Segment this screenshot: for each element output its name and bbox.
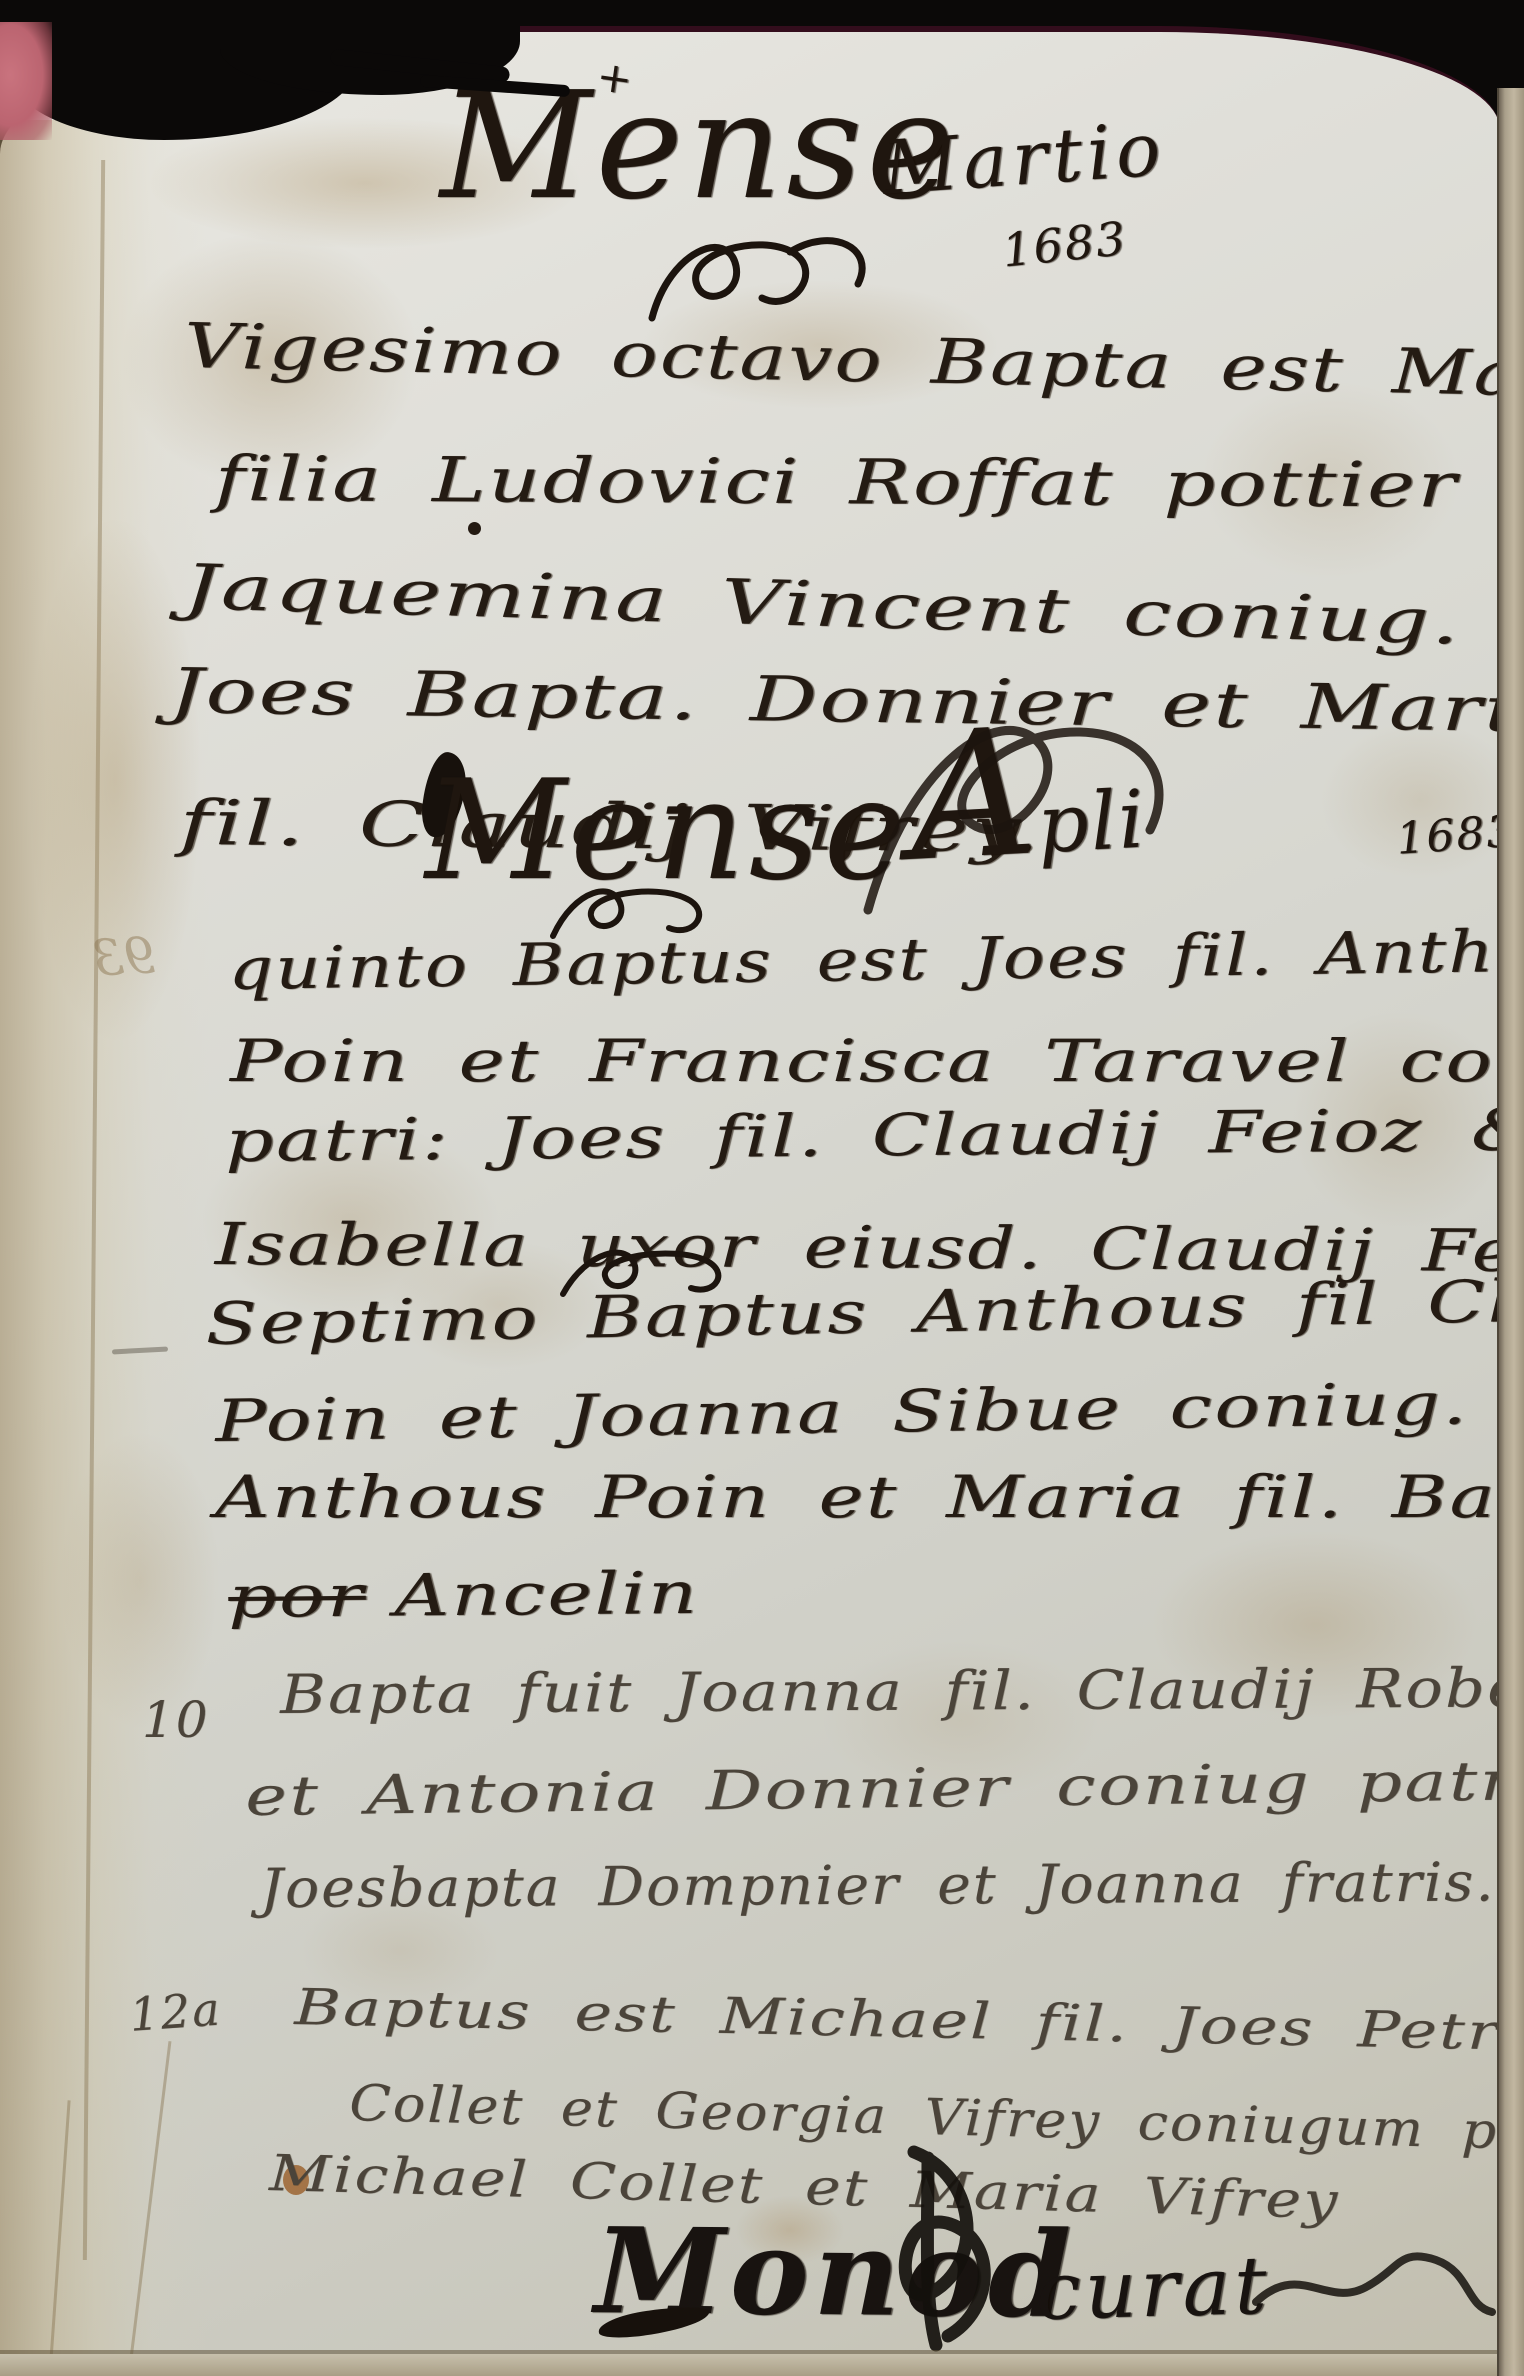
entry-10-line-3: Joesbapta Dompnier et Joanna fratris.	[260, 1856, 1496, 1916]
entry-10-line-2: et Antonia Donnier coniug patri	[245, 1754, 1524, 1824]
ink-flourish	[640, 222, 890, 332]
entry-10-line-1: Bapta fuit Joanna fil. Claudij Robert	[280, 1661, 1524, 1722]
underlying-pages	[0, 2354, 1524, 2376]
entry-april5-line-3: patri: Joes fil. Claudij Feioz &	[225, 1101, 1524, 1170]
entry-april7-line-4: porAncelin	[228, 1564, 699, 1626]
ink-speck	[468, 522, 481, 535]
ink-flourish	[850, 690, 1180, 940]
entry-march28-line-2: filia Ludovici Roffat pottier et	[215, 448, 1524, 517]
paper-stain	[60, 1430, 220, 1730]
book-fore-edge	[1497, 88, 1524, 2376]
entry-april7-line-3: Anthous Poin et Maria fil. Bartol	[215, 1468, 1524, 1526]
struck-rest-word: Ancelin	[394, 1559, 699, 1630]
struck-word: por	[228, 1562, 366, 1631]
pink-cloth-patch	[0, 22, 52, 140]
margin-number-10: 10	[142, 1695, 210, 1745]
bleed-through-text: 93	[91, 926, 158, 987]
march-header-month: Martio	[880, 112, 1168, 206]
signature-tail-flourish	[1250, 2240, 1500, 2330]
margin-number-12a: 12a	[128, 1986, 223, 2038]
entry-april5-line-1: quinto Baptus est Joes fil. Anthoij	[228, 921, 1524, 998]
manuscript-photo: 93 + Mense Martio 1683 Vigesimo octavo B…	[0, 0, 1524, 2376]
march-header-year: 1683	[1000, 215, 1129, 274]
entry-april5-line-2: Poin et Francisca Taravel coniug	[230, 1032, 1524, 1090]
